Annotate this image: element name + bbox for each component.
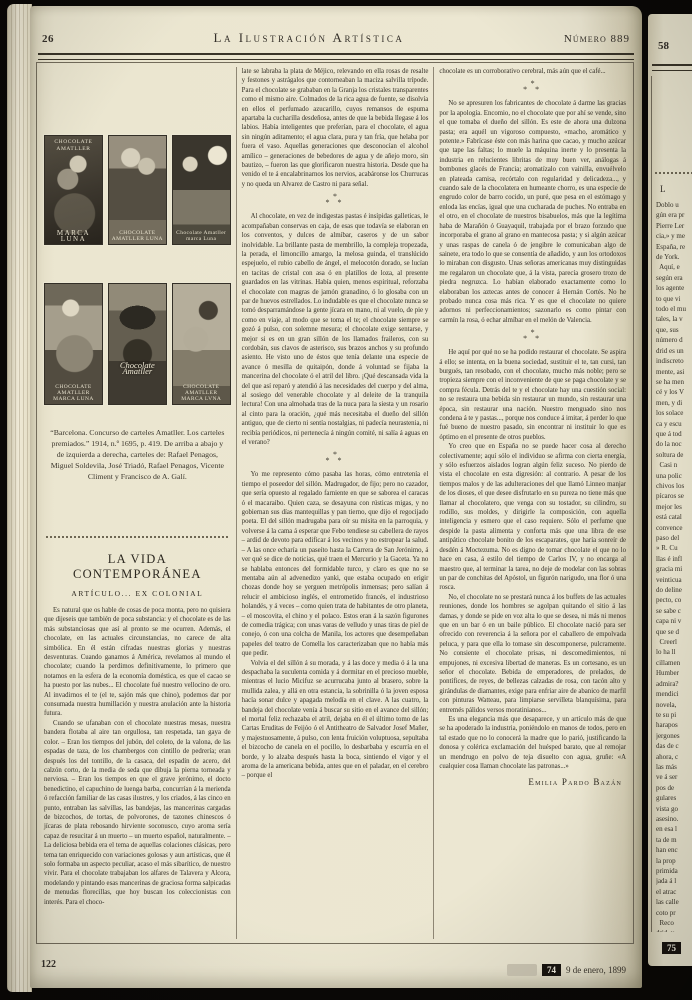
poster-6: CHOCOLATE AMATLLER MARCA LVNA — [172, 283, 231, 405]
article-paragraph: Es natural que os hable de cosas de poca… — [44, 606, 231, 719]
poster-2: CHOCOLATE AMATLLER LUNA — [108, 135, 167, 245]
poster-4: CHOCOLATE AMATLLER MARCA LUNA — [44, 283, 103, 405]
article-paragraph: Yo creo que en España no se puede hacer … — [439, 442, 626, 593]
article-paragraph: Es una elegancia más que desaparece, y u… — [439, 715, 626, 771]
footer-blur-box — [507, 964, 537, 976]
poster-grid: CHOCOLATE AMATLLER MARCA LUNA CHOCOLATE … — [44, 135, 231, 405]
article-title: LA VIDA CONTEMPORÁNEA — [44, 552, 231, 582]
article-paragraph: late se labraba la plata de Méjico, rele… — [242, 67, 429, 189]
magazine-page-right: 58 L Doblo u gún era pr Pierre Ler cia,»… — [648, 14, 692, 966]
squiggle-rule-right — [655, 172, 692, 174]
right-page-heading-fragment: L — [660, 184, 667, 194]
footer-date: 9 de enero, 1899 — [566, 965, 626, 975]
issue-number: Número 889 — [564, 33, 630, 45]
book-photo: 26 La Ilustración Artística Número 889 C… — [0, 0, 692, 1000]
poster-4-brand: CHOCOLATE AMATLLER MARCA LUNA — [46, 384, 101, 402]
page-number: 122 — [41, 959, 56, 970]
poster-5-brand: Chocolate Amatller — [110, 362, 165, 374]
right-page-text-fragments: Doblo u gún era pr Pierre Ler cia,» y me… — [656, 200, 692, 932]
footer-number-box: 74 — [542, 964, 561, 976]
page-header: 26 La Ilustración Artística Número 889 — [42, 30, 630, 46]
journal-title: La Ilustración Artística — [54, 30, 564, 46]
footer-right: 74 9 de enero, 1899 — [507, 964, 626, 976]
poster-6-brand: CHOCOLATE AMATLLER MARCA LVNA — [174, 384, 229, 402]
poster-1-brand: MARCA LUNA — [46, 230, 101, 242]
author-signature: Emilia Pardo Bazán — [439, 777, 622, 787]
column-2: late se labraba la plata de Méjico, rele… — [236, 67, 434, 939]
content-frame-edge-right — [651, 76, 652, 932]
folio-right: 58 — [658, 40, 669, 52]
squiggle-rule — [46, 536, 229, 538]
article-paragraph: No, el chocolate no se prestará nunca á … — [439, 593, 626, 715]
poster-caption: “Barcelona. Concurso de carteles Amatlle… — [48, 427, 227, 482]
poster-5: Chocolate Amatller — [108, 283, 167, 405]
article-subtitle: ARTÍCULO... EX COLONIAL — [44, 589, 231, 598]
folio-left: 26 — [42, 33, 54, 45]
asterism-separator: * * * — [242, 194, 429, 206]
footer-number-box-right: 75 — [662, 942, 681, 954]
article-paragraph: Volvía el del sillón á su morada, y á la… — [242, 659, 429, 781]
article-paragraph: chocolate es un corroborativo cerebral, … — [439, 67, 626, 76]
poster-1: CHOCOLATE AMATLLER MARCA LUNA — [44, 135, 103, 245]
header-double-rule — [38, 53, 634, 60]
asterism-separator: * * * — [439, 330, 626, 342]
article-paragraph: Al chocolate, en vez de indigestas pasta… — [242, 212, 429, 447]
poster-1-label: CHOCOLATE AMATLLER — [47, 139, 100, 152]
article-paragraph: He aquí por qué no se ha podido restaura… — [439, 348, 626, 442]
asterism-separator: * * * — [439, 81, 626, 93]
book-page-edges — [7, 4, 32, 992]
article-paragraph: Cuando se ufanaban con el chocolate nues… — [44, 719, 231, 907]
column-3: chocolate es un corroborativo cerebral, … — [433, 67, 631, 939]
poster-3: Chocolate Amatller marca Luna — [172, 135, 231, 245]
article-paragraph: Yo me represento cómo pasaba las horas, … — [242, 470, 429, 658]
asterism-separator: * * * — [242, 452, 429, 464]
magazine-page-left: 26 La Ilustración Artística Número 889 C… — [30, 6, 642, 988]
column-1: CHOCOLATE AMATLLER MARCA LUNA CHOCOLATE … — [39, 67, 236, 939]
content-frame: CHOCOLATE AMATLLER MARCA LUNA CHOCOLATE … — [36, 62, 634, 944]
right-page-footer: 75 — [662, 938, 681, 956]
poster-3-brand: Chocolate Amatller marca Luna — [174, 230, 229, 242]
article-paragraph: No se apresuren los fabricantes de choco… — [439, 99, 626, 325]
header-double-rule-right — [652, 64, 692, 71]
poster-2-brand: CHOCOLATE AMATLLER LUNA — [110, 230, 165, 242]
